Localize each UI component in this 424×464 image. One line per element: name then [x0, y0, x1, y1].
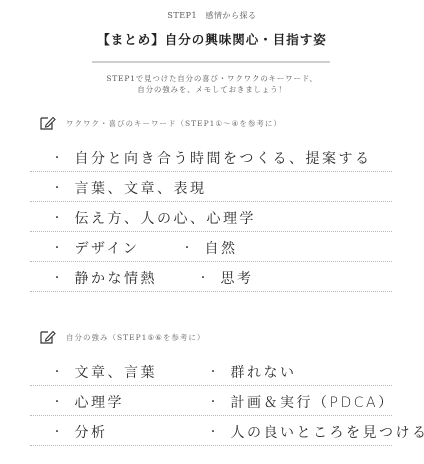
section-heading-keywords: ワクワク・喜びのキーワード（STEP1①～④を参考に）	[40, 116, 282, 130]
page-title: 【まとめ】自分の興味関心・目指す姿	[0, 30, 424, 48]
section-heading-label: ワクワク・喜びのキーワード（STEP1①～④を参考に）	[66, 118, 282, 129]
memo-entry: ・自然	[182, 238, 238, 258]
memo-row: ・静かな情熱 ・思考	[30, 261, 392, 292]
memo-row: ・伝え方、人の心、心理学	[30, 201, 392, 232]
memo-entry: ・計画＆実行（PDCA）	[208, 392, 395, 412]
edit-icon	[40, 116, 56, 130]
memo-entry: ・心理学	[52, 392, 124, 412]
memo-entry: ・人の良いところを見つける	[208, 422, 424, 442]
section-heading-label: 自分の強み（STEP1⑤⑥を参考に）	[66, 332, 205, 343]
title-divider	[92, 61, 330, 63]
section-heading-strengths: 自分の強み（STEP1⑤⑥を参考に）	[40, 330, 205, 344]
memo-row: ・分析 ・人の良いところを見つける	[30, 415, 392, 446]
memo-row: ・デザイン ・自然	[30, 231, 392, 262]
edit-icon	[40, 330, 56, 344]
memo-row: ・言葉、文章、表現	[30, 171, 392, 202]
memo-row: ・文章、言葉 ・群れない	[30, 355, 392, 386]
intro-line-1: STEP1で見つけた自分の喜び・ワクワクのキーワード、	[0, 73, 424, 84]
memo-entry: ・言葉、文章、表現	[52, 178, 207, 198]
memo-row: ・心理学 ・計画＆実行（PDCA）	[30, 385, 392, 416]
step-label: STEP1 感情から探る	[0, 10, 424, 21]
memo-entry: ・分析	[52, 422, 108, 442]
memo-entry: ・静かな情熱	[52, 268, 157, 288]
intro-line-2: 自分の強みを、メモしておきましょう！	[0, 84, 424, 95]
memo-entry: ・文章、言葉	[52, 362, 157, 382]
memo-entry: ・群れない	[208, 362, 297, 382]
memo-entry: ・伝え方、人の心、心理学	[52, 208, 256, 228]
memo-row: ・自分と向き合う時間をつくる、提案する	[30, 141, 392, 172]
memo-entry: ・思考	[198, 268, 254, 288]
memo-entry: ・自分と向き合う時間をつくる、提案する	[52, 148, 372, 168]
intro-text: STEP1で見つけた自分の喜び・ワクワクのキーワード、 自分の強みを、メモしてお…	[0, 73, 424, 95]
memo-entry: ・デザイン	[52, 238, 140, 258]
